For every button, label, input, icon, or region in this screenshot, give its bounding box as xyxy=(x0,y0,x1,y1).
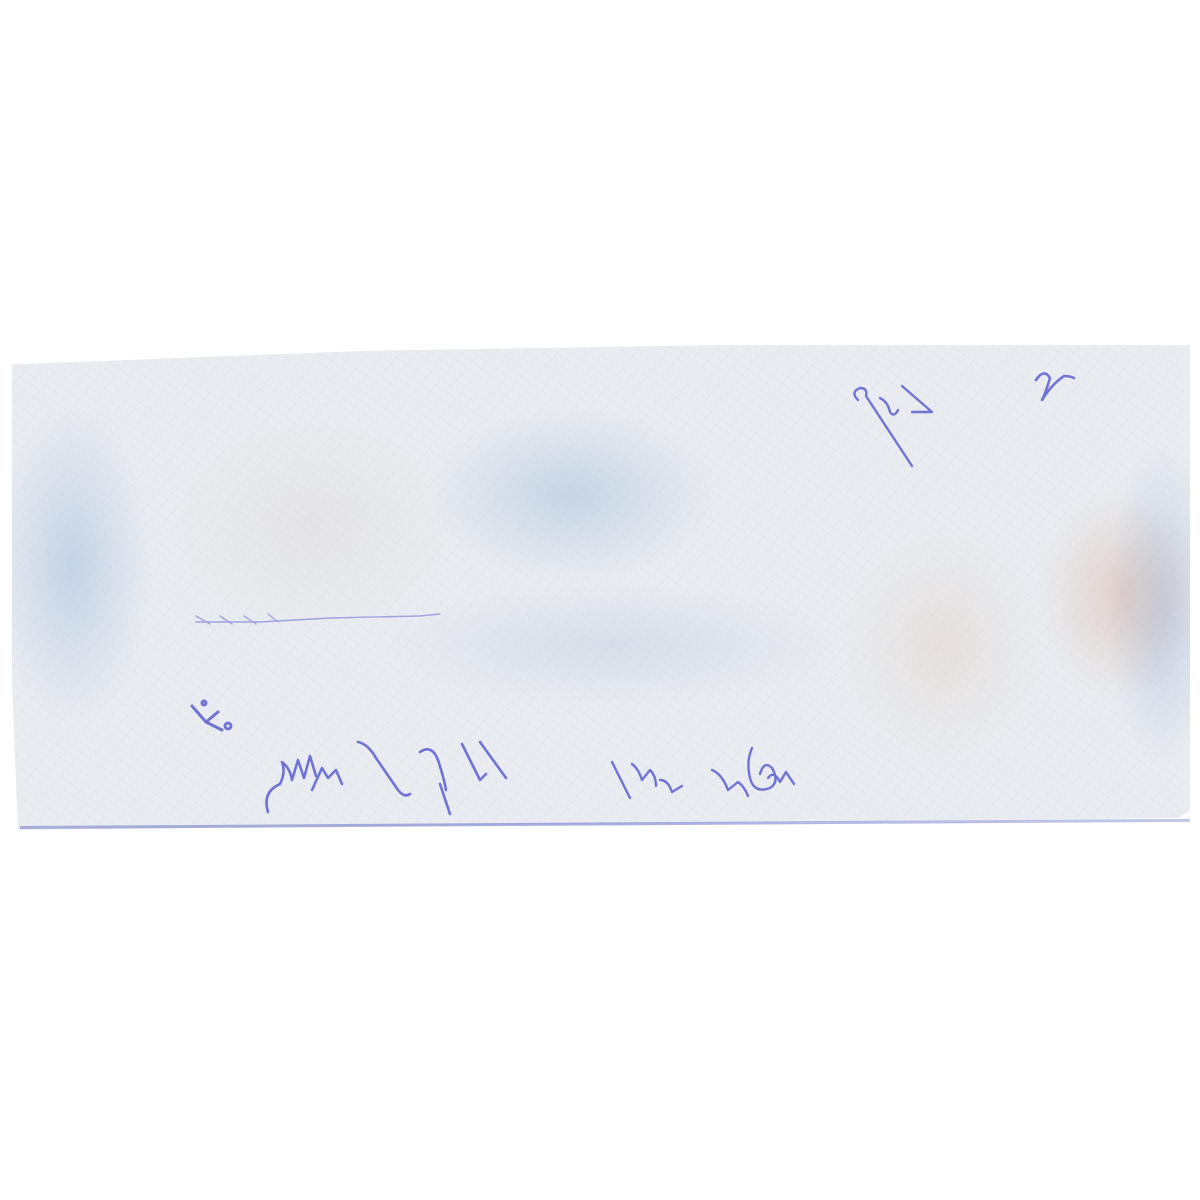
banknote-reverse xyxy=(12,345,1190,830)
